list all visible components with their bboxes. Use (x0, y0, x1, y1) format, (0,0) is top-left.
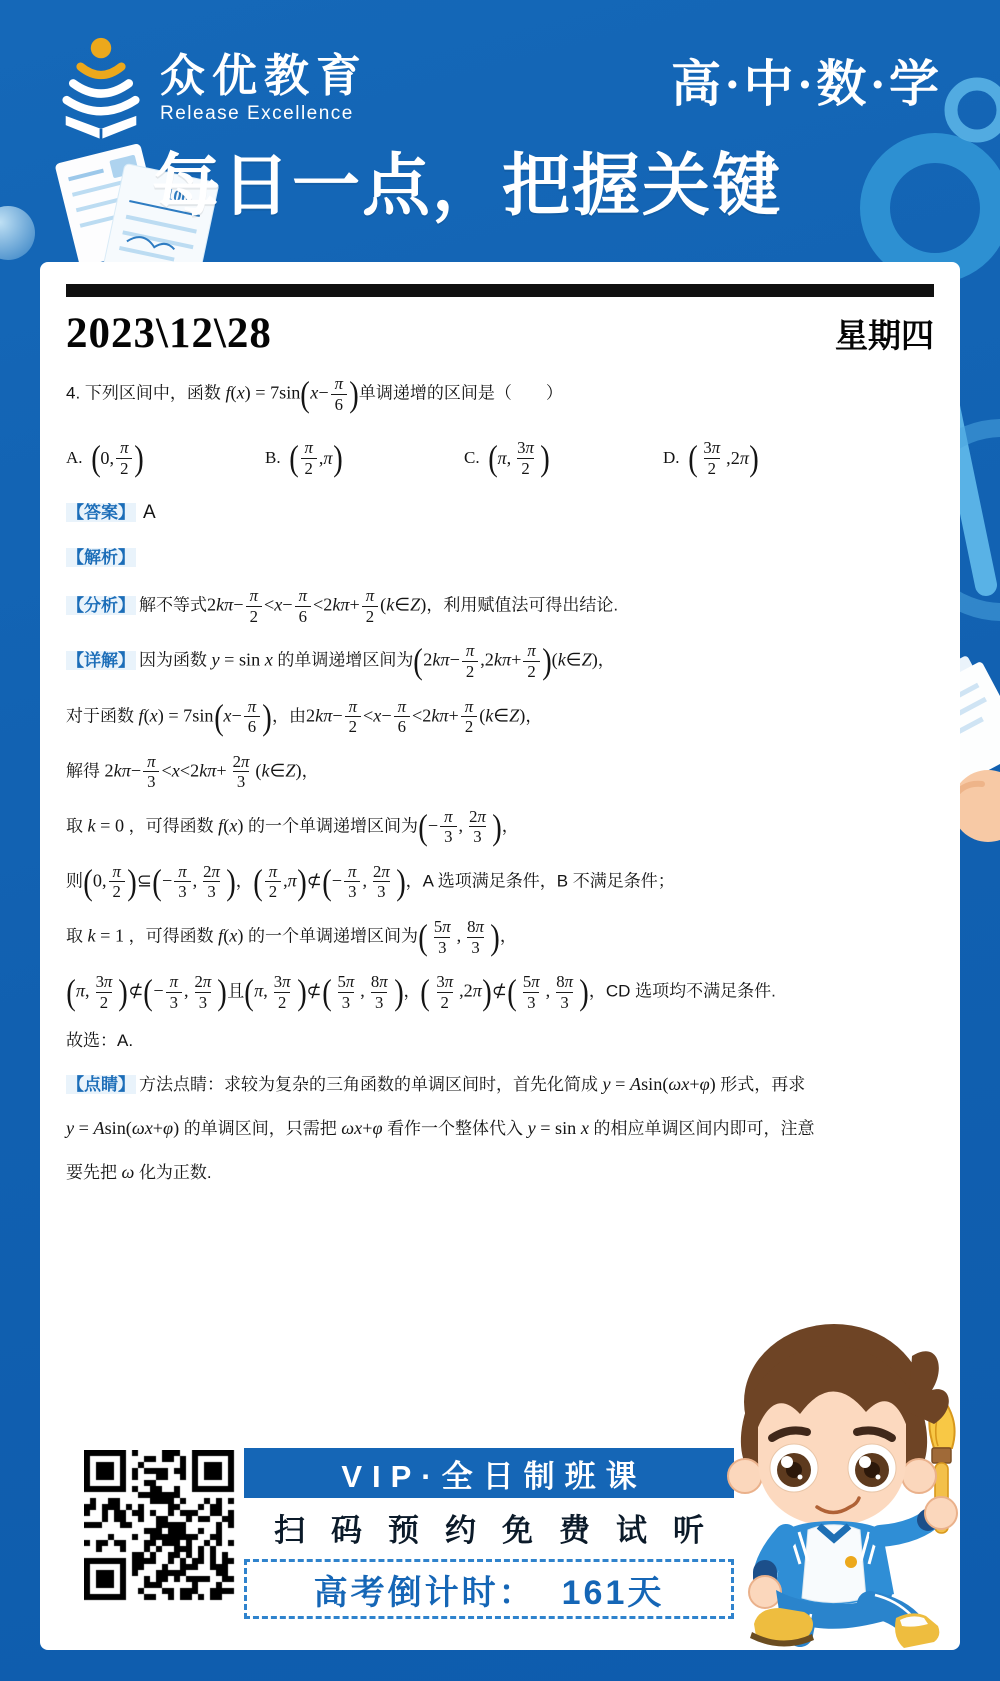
vip-banner: VIP·全日制班课 (244, 1448, 734, 1498)
sphere-decoration (0, 206, 35, 260)
date-text: 2023\12\28 (66, 309, 272, 358)
solution-line: 取 k = 0 ，可得函数 f(x) 的一个单调递增区间为(−π3,2π3)， (66, 808, 934, 846)
solution-line: 【点睛】方法点睛：求较为复杂的三角函数的单调区间时，首先化简成 y = Asin… (66, 1071, 934, 1098)
weekday-text: 星期四 (835, 310, 934, 357)
solution-paragraphs: 【分析】解不等式2kπ−π2<x−π6<2kπ+π2(k∈Z)，利用赋值法可得出… (66, 587, 934, 1186)
poster-page: 100 (0, 0, 1000, 1681)
brand-logo-icon (58, 36, 144, 140)
option-a: A.(0,π2) (66, 439, 265, 477)
date-row: 2023\12\28 星期四 (66, 309, 934, 358)
solution-line: 取 k = 1 ，可得函数 f(x) 的一个单调递增区间为(5π3,8π3)， (66, 918, 934, 956)
divider-bar (66, 284, 934, 297)
qr-code[interactable] (84, 1450, 254, 1620)
promo-block: VIP·全日制班课 扫码预约免费试听 高考倒计时： 161天 (244, 1448, 734, 1619)
countdown-value: 161天 (562, 1565, 665, 1614)
solution-line: 解得 2kπ−π3<x<2kπ+2π3(k∈Z)， (66, 753, 934, 791)
solution-line: 对于函数 f(x) = 7sin(x−π6)，由2kπ−π2<x−π6<2kπ+… (66, 698, 934, 736)
eye-right (848, 1444, 896, 1492)
option-b: B.(π2,π) (265, 439, 464, 477)
subject-title: 高·中·数·学 (671, 44, 942, 116)
answer-label: 【答案】 (66, 503, 136, 522)
solution-line: 要先把 ω 化为正数. (66, 1159, 934, 1186)
problem-content: 4. 下列区间中，函数 f(x) = 7sin(x−π6)单调递增的区间是（ ）… (66, 375, 934, 1187)
problem-statement: 4. 下列区间中，函数 f(x) = 7sin(x−π6)单调递增的区间是（ ） (66, 375, 934, 413)
countdown-box: 高考倒计时： 161天 (244, 1559, 734, 1619)
slogan-title: 每日一点，把握关键 (152, 132, 782, 229)
solution-line: (π,3π2)⊄(−π3,2π3)且(π,3π2)⊄(5π3,8π3)，(3π2… (66, 973, 934, 1011)
brand-subtitle: Release Excellence (160, 103, 368, 125)
countdown-label: 高考倒计时： (314, 1565, 536, 1614)
option-d: D.(3π2,2π) (663, 439, 862, 477)
brand-name: 众优教育 (160, 51, 368, 101)
scan-cta: 扫码预约免费试听 (244, 1505, 734, 1550)
eye-left (770, 1444, 818, 1492)
answer-value: A (143, 502, 156, 523)
option-c: C.(π,3π2) (464, 439, 663, 477)
mascot-boy (688, 1262, 980, 1654)
brand-logo: 众优教育 Release Excellence (58, 36, 368, 140)
solution-line: 【详解】因为函数 y = sin x 的单调递增区间为(2kπ−π2,2kπ+π… (66, 642, 934, 680)
solution-line: 则(0,π2)⊆(−π3,2π3)，(π2,π)⊄(−π3,2π3)，A 选项满… (66, 863, 934, 901)
solution-line: 故选：A. (66, 1028, 934, 1054)
gear-icon (875, 148, 995, 268)
analysis-header: 【解析】 (66, 545, 934, 571)
solution-line: 【分析】解不等式2kπ−π2<x−π6<2kπ+π2(k∈Z)，利用赋值法可得出… (66, 587, 934, 625)
answer-line: 【答案】A (66, 499, 934, 528)
solution-line: y = Asin(ωx+φ) 的单调区间，只需把 ωx+φ 看作一个整体代入 y… (66, 1115, 934, 1142)
options-row: A.(0,π2)B.(π2,π)C.(π,3π2)D.(3π2,2π) (66, 439, 934, 477)
